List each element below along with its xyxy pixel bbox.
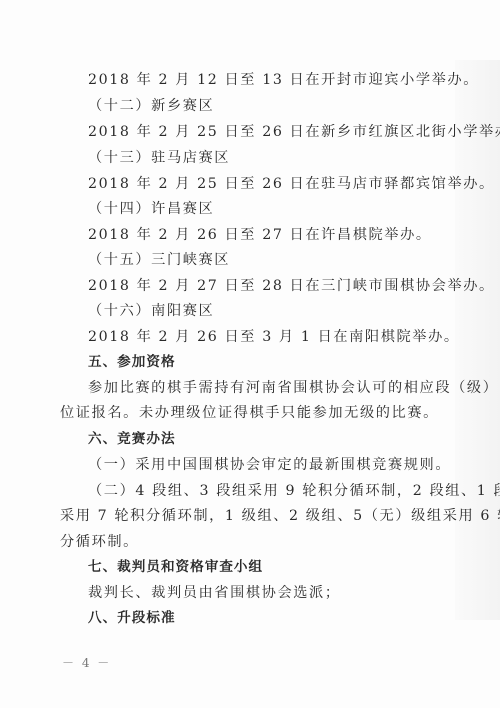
text-line-nanyang-dates: 2018 年 2 月 26 日至 3 月 1 日在南阳棋院举办。 (88, 328, 440, 346)
text-line-sanmenxia-dates: 2018 年 2 月 27 日至 28 日在三门峡市围棋协会举办。 (88, 277, 440, 295)
section-zhumadian: （十三）驻马店赛区 (88, 149, 440, 167)
page-number: － 4 － (62, 654, 111, 671)
paragraph-rounds-line-1: （二）4 段组、3 段组采用 9 轮积分循环制，2 段组、1 段组 (88, 482, 440, 500)
document-page: 2018 年 2 月 12 日至 13 日在开封市迎宾小学举办。 （十二）新乡赛… (0, 0, 500, 708)
section-sanmenxia: （十五）三门峡赛区 (88, 251, 440, 269)
paragraph-rules: （一）采用中国围棋协会审定的最新围棋竞赛规则。 (88, 456, 440, 474)
paragraph-referees: 裁判长、裁判员由省围棋协会选派； (88, 584, 440, 602)
section-xuchang: （十四）许昌赛区 (88, 200, 440, 218)
heading-eligibility: 五、参加资格 (88, 353, 440, 371)
text-line-zhumadian-dates: 2018 年 2 月 25 日至 26 日在驻马店市驿都宾馆举办。 (88, 175, 440, 193)
text-line-xuchang-dates: 2018 年 2 月 26 日至 27 日在许昌棋院举办。 (88, 226, 440, 244)
heading-competition-method: 六、竞赛办法 (88, 430, 440, 448)
section-xinxiang: （十二）新乡赛区 (88, 97, 440, 115)
scan-shadow (455, 60, 500, 620)
paragraph-rounds-line-3: 分循环制。 (60, 533, 440, 551)
paragraph-eligibility-line-1: 参加比赛的棋手需持有河南省围棋协会认可的相应段（级） (88, 379, 440, 397)
text-line-xinxiang-dates: 2018 年 2 月 25 日至 26 日在新乡市红旗区北街小学举办。 (88, 123, 440, 141)
heading-promotion-standard: 八、升段标准 (88, 609, 440, 627)
text-line-kaifeng-dates: 2018 年 2 月 12 日至 13 日在开封市迎宾小学举办。 (88, 71, 440, 89)
paragraph-eligibility-line-2: 位证报名。未办理级位证得棋手只能参加无级的比赛。 (60, 404, 440, 422)
paragraph-rounds-line-2: 采用 7 轮积分循环制，1 级组、2 级组、5（无）级组采用 6 轮积 (60, 507, 440, 525)
heading-referees: 七、裁判员和资格审查小组 (88, 558, 440, 576)
section-nanyang: （十六）南阳赛区 (88, 302, 440, 320)
